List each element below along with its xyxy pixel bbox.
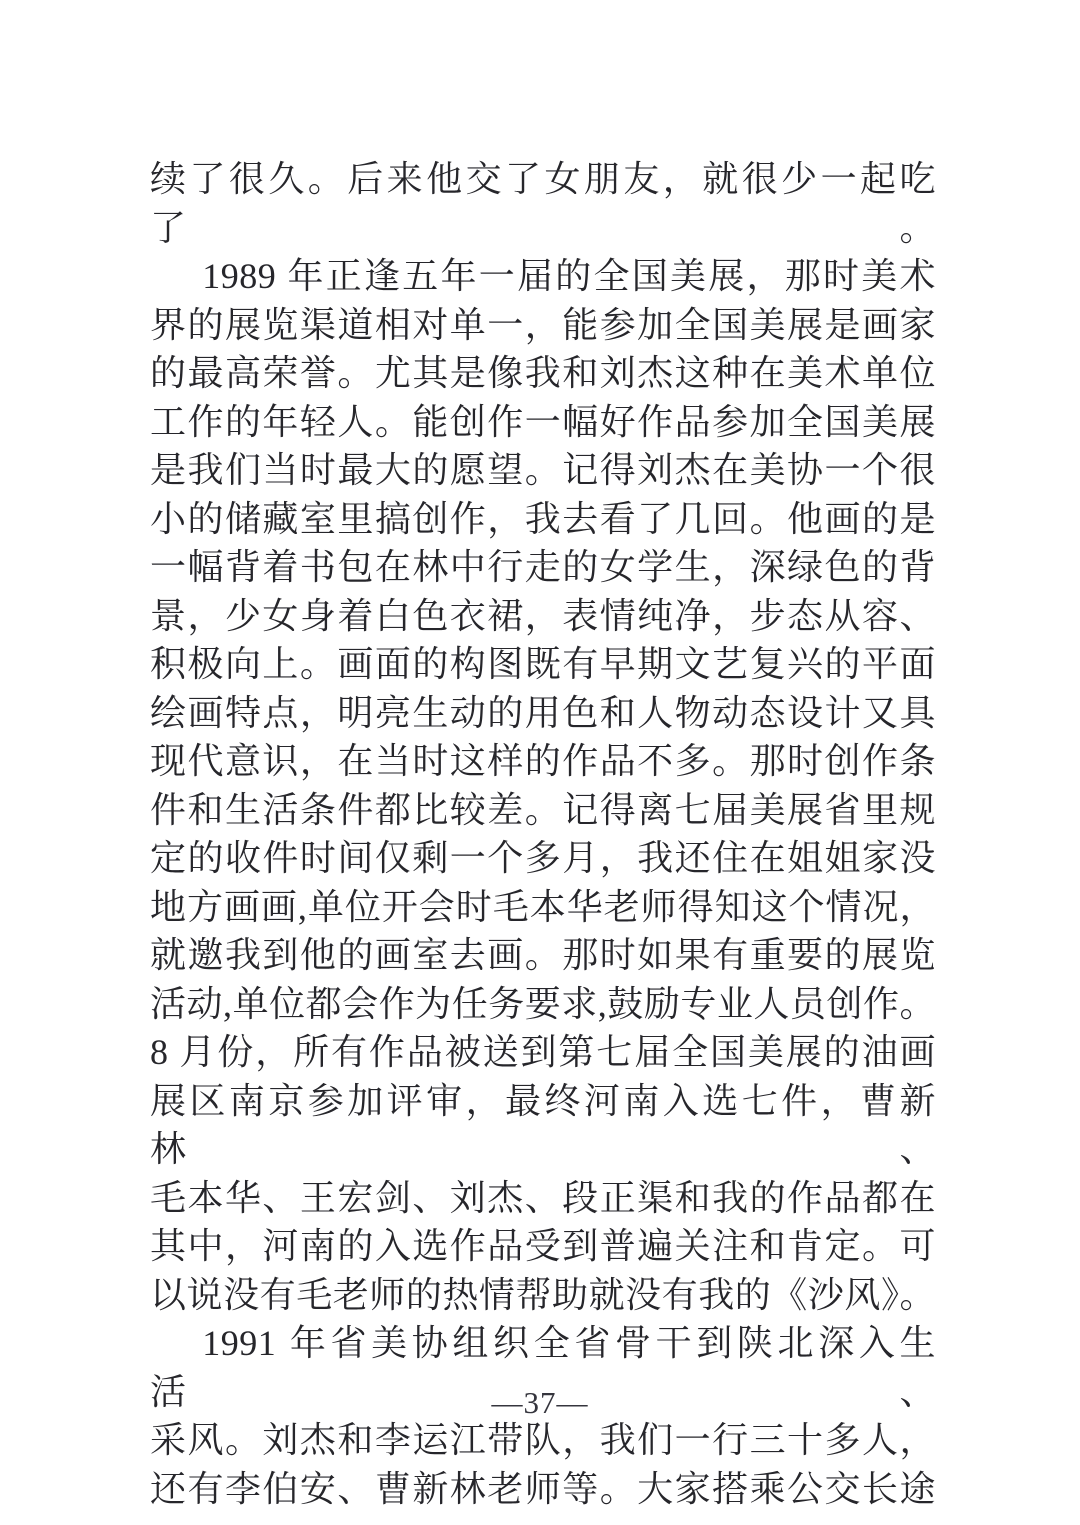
text-line: 件和生活条件都比较差。记得离七届美展省里规 (150, 786, 936, 835)
text-line: 景，少女身着白色衣裙，表情纯净，步态从容、 (150, 592, 936, 641)
text-line: 采风。刘杰和李运江带队，我们一行三十多人， (150, 1416, 936, 1465)
text-line: 其中，河南的入选作品受到普遍关注和肯定。可 (150, 1222, 936, 1271)
text-line-paragraph-start: 1989 年正逢五年一届的全国美展，那时美术 (150, 252, 936, 301)
text-line: 现代意识，在当时这样的作品不多。那时创作条 (150, 737, 936, 786)
body-text: 续了很久。后来他交了女朋友，就很少一起吃了。 1989 年正逢五年一届的全国美展… (150, 155, 936, 1513)
text-line: 积极向上。画面的构图既有早期文艺复兴的平面 (150, 640, 936, 689)
text-line: 定的收件时间仅剩一个多月，我还住在姐姐家没 (150, 834, 936, 883)
text-line: 展区南京参加评审，最终河南入选七件，曹新林、 (150, 1077, 936, 1174)
text-line: 绘画特点，明亮生动的用色和人物动态设计又具 (150, 689, 936, 738)
text-line: 还有李伯安、曹新林老师等。大家搭乘公交长途 (150, 1465, 936, 1514)
text-line: 界的展览渠道相对单一，能参加全国美展是画家 (150, 301, 936, 350)
text-line: 就邀我到他的画室去画。那时如果有重要的展览 (150, 931, 936, 980)
text-line: 8 月份，所有作品被送到第七届全国美展的油画 (150, 1028, 936, 1077)
text-line: 毛本华、王宏剑、刘杰、段正渠和我的作品都在 (150, 1174, 936, 1223)
text-line: 工作的年轻人。能创作一幅好作品参加全国美展 (150, 398, 936, 447)
document-page: 续了很久。后来他交了女朋友，就很少一起吃了。 1989 年正逢五年一届的全国美展… (0, 0, 1080, 1525)
text-line: 活动,单位都会作为任务要求,鼓励专业人员创作。 (150, 980, 936, 1029)
text-line: 地方画画,单位开会时毛本华老师得知这个情况， (150, 883, 936, 932)
text-line: 是我们当时最大的愿望。记得刘杰在美协一个很 (150, 446, 936, 495)
text-line: 的最高荣誉。尤其是像我和刘杰这种在美术单位 (150, 349, 936, 398)
page-number: —37— (0, 1385, 1080, 1421)
text-line: 以说没有毛老师的热情帮助就没有我的《沙风》。 (150, 1271, 936, 1320)
text-line: 续了很久。后来他交了女朋友，就很少一起吃了。 (150, 155, 936, 252)
text-line: 一幅背着书包在林中行走的女学生，深绿色的背 (150, 543, 936, 592)
text-line: 小的储藏室里搞创作，我去看了几回。他画的是 (150, 495, 936, 544)
